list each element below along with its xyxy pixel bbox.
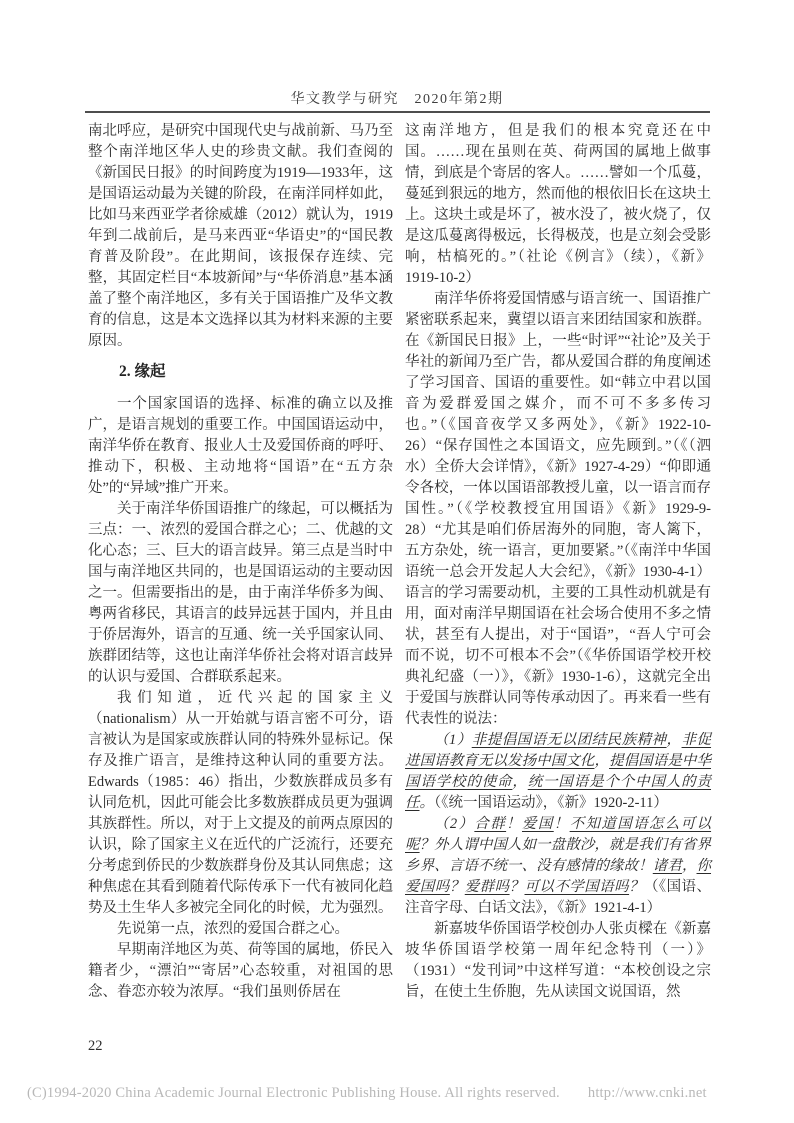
quote-text: （2） [434,816,474,832]
quote-text: 。 [420,795,435,811]
quoted-example: （2）合群！爱国！不知道国语怎么可以呢？外人谓中国人如一盘散沙，就是我们有省界乡… [405,814,711,919]
journal-header: 华文教学与研究 2020年第2期 [0,88,794,108]
underlined-text: 爱群吗 [465,879,510,895]
underlined-text: 可以不学国语吗 [525,879,630,895]
header-rule [85,111,710,113]
page-number: 22 [88,1038,103,1055]
paragraph: 先说第一点，浓烈的爱国合群之心。 [88,919,393,940]
paragraph: 这南洋地方，但是我们的根本究竟还在中国。……现在虽则在英、荷两国的属地上做事情，… [405,121,711,289]
quote-text: （1） [434,732,472,748]
paragraph: 我们知道，近代兴起的国家主义（nationalism）从一开始就与语言密不可分，… [88,688,393,919]
underlined-text: 爱国 [522,816,554,832]
footer-url: http://www.cnki.net [588,1085,707,1101]
quoted-example: （1）非提倡国语无以团结民族精神，非促进国语教育无以发扬中国文化，提倡国语是中华… [405,730,711,814]
quote-text: ， [512,774,527,790]
paragraph: 南北呼应，是研究中国现代史与战前新、马乃至整个南洋地区华人史的珍贵文献。我们查阅… [88,121,393,352]
quote-text: ， [667,732,682,748]
paragraph: 南洋华侨将爱国情感与语言统一、国语推广紧密联系起来，冀望以语言来团结国家和族群。… [405,289,711,730]
paragraph: 关于南洋华侨国语推广的缘起，可以概括为三点：一、浓烈的爱国合群之心；二、优越的文… [88,499,393,688]
journal-page: 华文教学与研究 2020年第2期 南北呼应，是研究中国现代史与战前新、马乃至整个… [0,0,794,1123]
quote-text: ， [594,753,609,769]
quote-text: ？ [510,879,525,895]
quote-text: ？ [629,879,644,895]
paragraph: 新嘉坡华侨国语学校创办人张贞樑在《新嘉坡华侨国语学校第一周年纪念特刊（一）》（1… [405,919,711,1003]
quote-text: ， [682,858,697,874]
section-heading: 2. 缘起 [88,361,393,383]
paragraph: 早期南洋地区为英、荷等国的属地，侨民入籍者少，“漂泊”“寄居”心态较重，对祖国的… [88,940,393,1003]
paragraph: 一个国家国语的选择、标准的确立以及推广，是语言规划的重要工作。中国国语运动中，南… [88,394,393,499]
quote-text: ？ [450,879,465,895]
quote-citation: （《统一国语运动》，《新》1920-2-11） [434,795,668,811]
quote-text: ！ [554,816,570,832]
underlined-text: 诸君 [653,858,682,874]
underlined-text: 合群 [474,816,506,832]
copyright-text: (C)1994-2020 China Academic Journal Elec… [27,1085,560,1101]
quote-text: ！ [506,816,522,832]
footer: (C)1994-2020 China Academic Journal Elec… [27,1085,774,1102]
right-column: 这南洋地方，但是我们的根本究竟还在中国。……现在虽则在英、荷两国的属地上做事情，… [405,121,711,1003]
left-column: 南北呼应，是研究中国现代史与战前新、马乃至整个南洋地区华人史的珍贵文献。我们查阅… [88,121,393,1003]
underlined-text: 非提倡国语无以团结民族精神 [472,732,667,748]
